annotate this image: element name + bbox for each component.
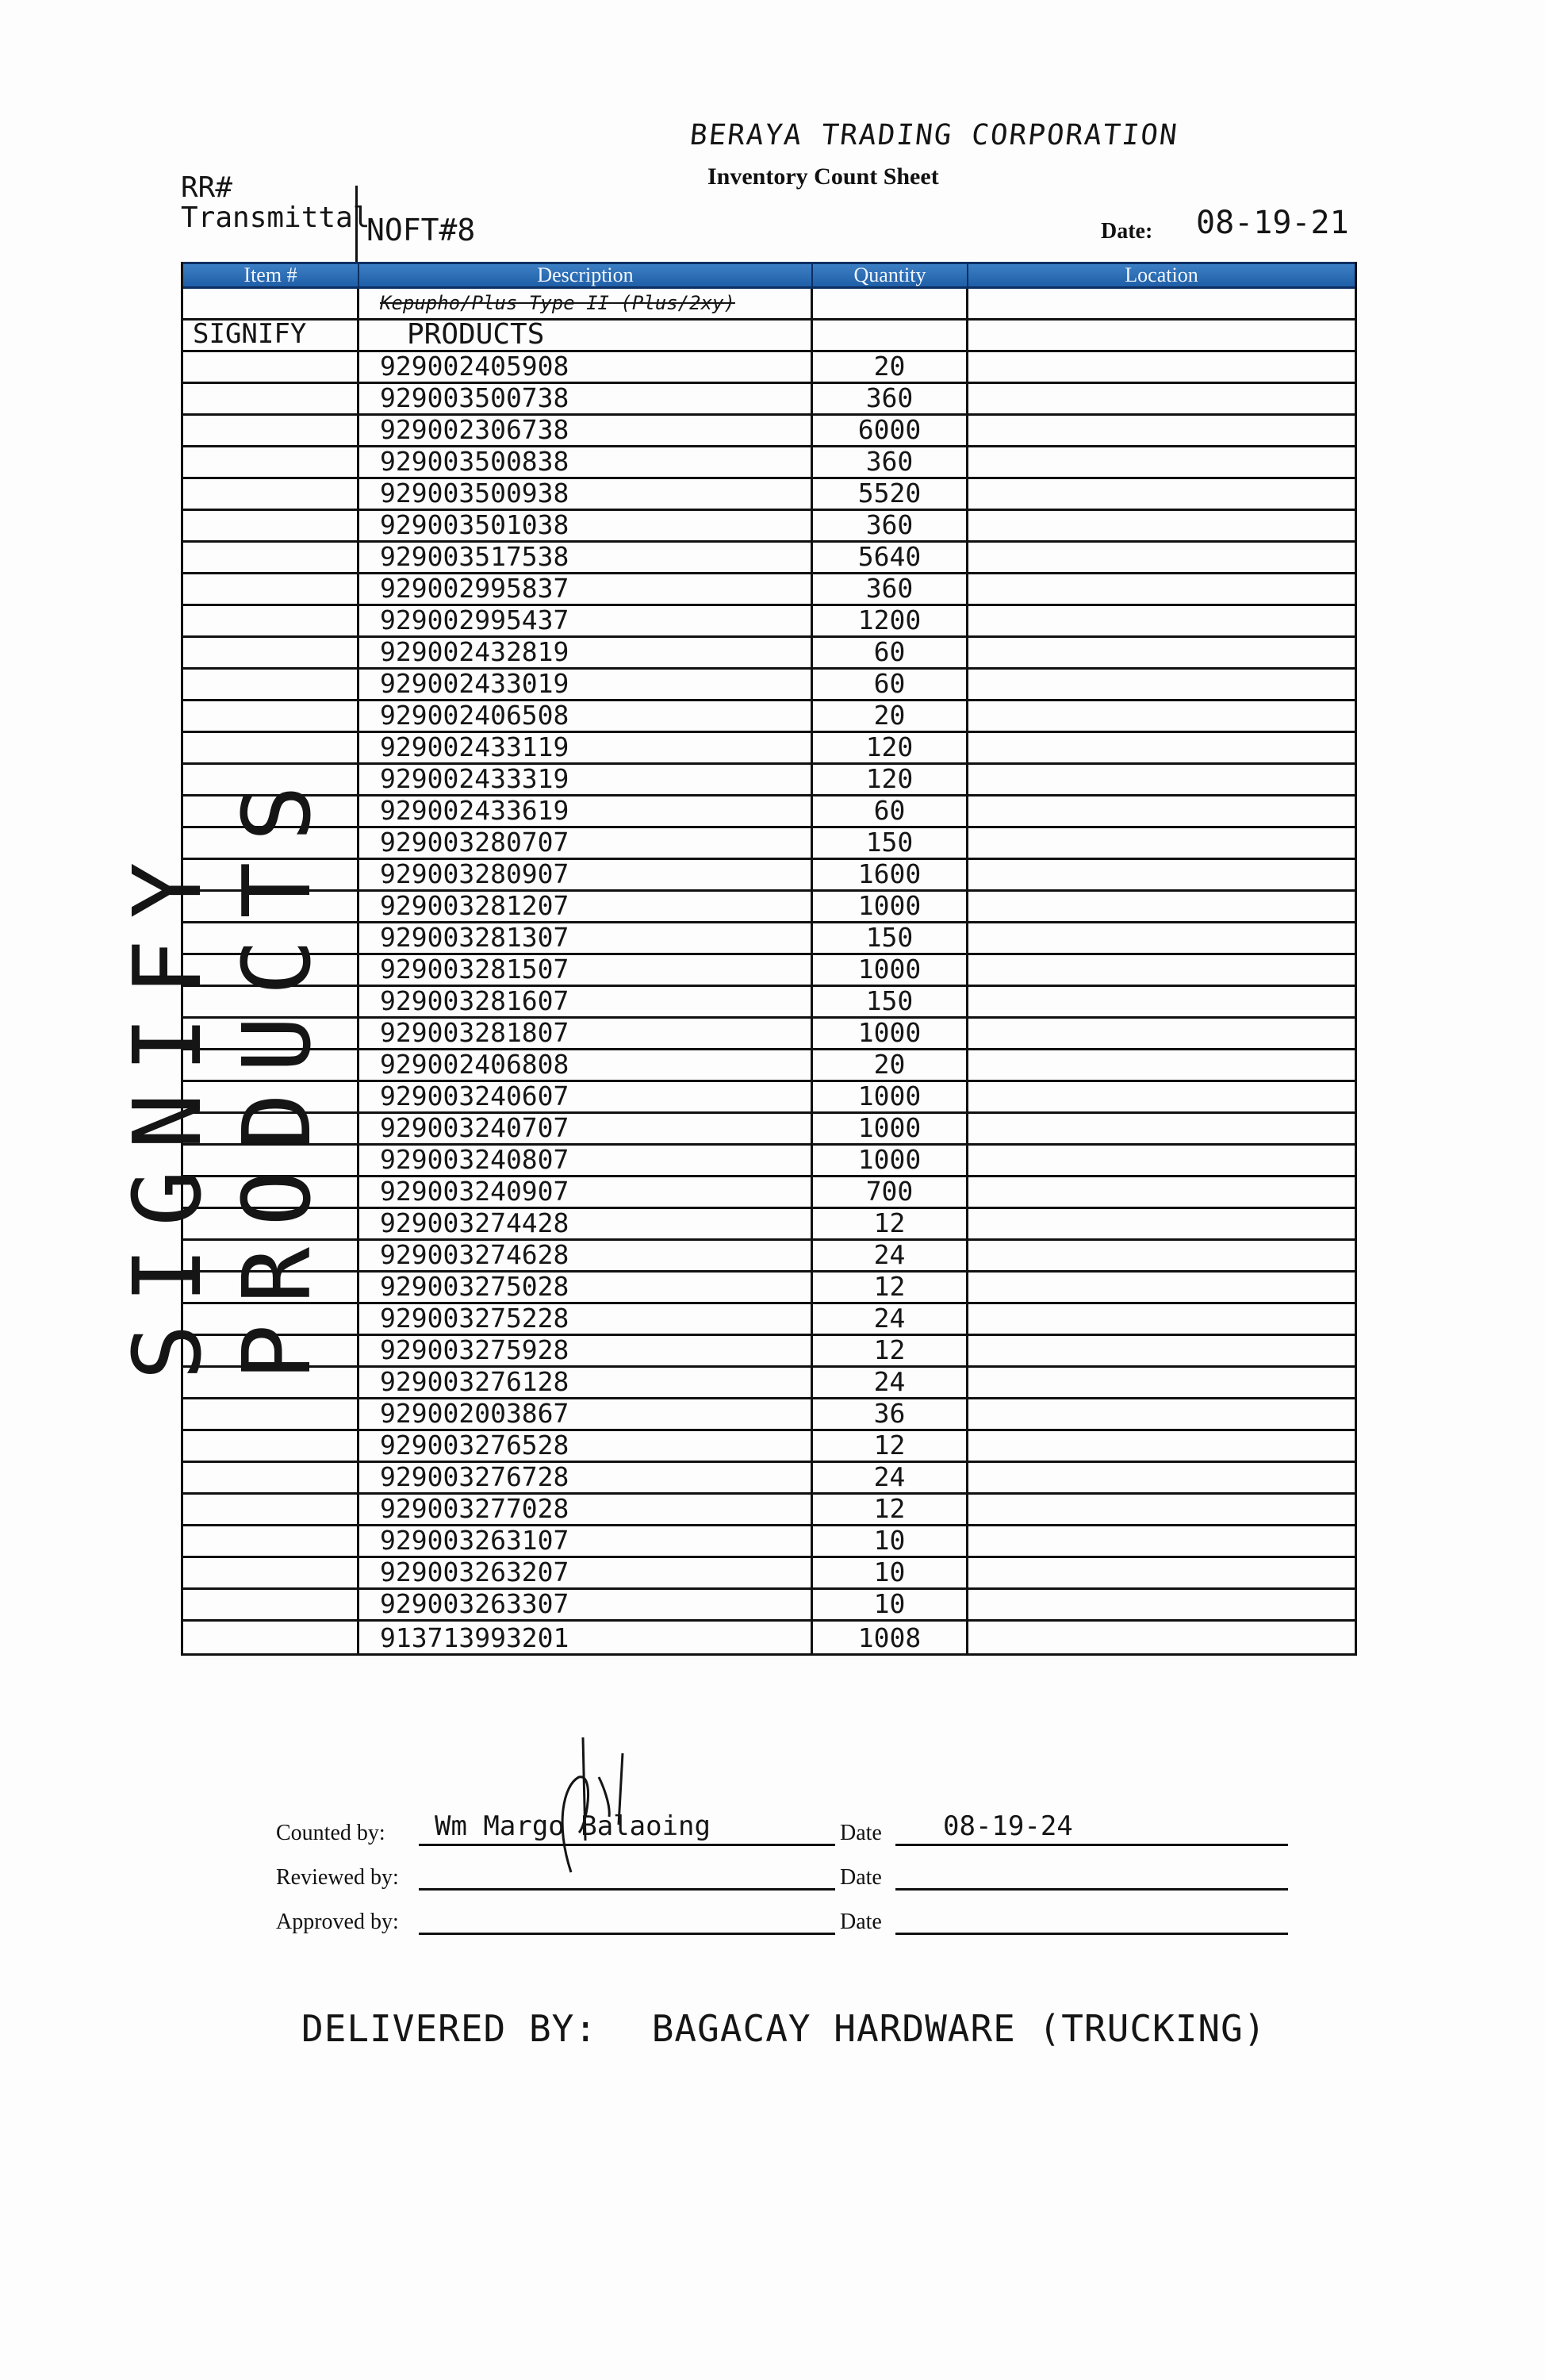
item-cell <box>183 1558 359 1587</box>
item-cell <box>183 416 359 445</box>
table-group-row: SIGNIFYPRODUCTS <box>183 321 1355 352</box>
description-cell: 929003263207 <box>359 1558 813 1587</box>
quantity-cell: 150 <box>813 987 968 1016</box>
quantity-cell: 1008 <box>813 1622 968 1653</box>
table-row: 92900327652812 <box>183 1431 1355 1463</box>
description-cell: 929002433319 <box>359 765 813 794</box>
location-cell <box>968 479 1355 509</box>
quantity-cell: 360 <box>813 384 968 413</box>
location-cell <box>968 321 1355 350</box>
quantity-cell: 60 <box>813 797 968 826</box>
quantity-cell: 1000 <box>813 1146 968 1175</box>
description-cell: PRODUCTS <box>359 321 813 350</box>
delivery-note: DELIVERED BY: BAGACAY HARDWARE (TRUCKING… <box>301 2007 1298 2050</box>
location-cell <box>968 797 1355 826</box>
item-cell <box>183 1463 359 1492</box>
description-cell: 929003500738 <box>359 384 813 413</box>
description-cell: 929003276128 <box>359 1368 813 1397</box>
reviewed-by-row: Reviewed by: Date <box>276 1861 1288 1891</box>
reviewed-date-field[interactable] <box>895 1861 1288 1891</box>
description-cell: 929002306738 <box>359 416 813 445</box>
table-row: 92900327462824 <box>183 1241 1355 1273</box>
table-row: 9137139932011008 <box>183 1622 1355 1653</box>
location-cell <box>968 1304 1355 1334</box>
location-cell <box>968 1336 1355 1365</box>
quantity-cell: 36 <box>813 1399 968 1429</box>
table-row: 929002995837360 <box>183 574 1355 606</box>
quantity-cell: 360 <box>813 574 968 604</box>
location-cell <box>968 860 1355 889</box>
description-cell: 929002433619 <box>359 797 813 826</box>
table-row: 92900327502812 <box>183 1273 1355 1304</box>
counted-by-value: Wm Margo Balaoing <box>435 1810 711 1842</box>
delivered-by-label: DELIVERED BY: <box>301 2007 597 2050</box>
reviewed-by-field[interactable] <box>419 1861 835 1891</box>
location-cell <box>968 670 1355 699</box>
description-cell: 929003281807 <box>359 1019 813 1048</box>
table-row: 92900327612824 <box>183 1368 1355 1399</box>
description-cell: 929003500938 <box>359 479 813 509</box>
quantity-cell: 10 <box>813 1526 968 1556</box>
table-row: 929003501038360 <box>183 511 1355 543</box>
table-body: Kepupho/Plus Type II (Plus/2xy)SIGNIFYPR… <box>183 289 1355 1653</box>
quantity-cell: 20 <box>813 701 968 731</box>
description-cell: 929003281207 <box>359 892 813 921</box>
sheet-title: Inventory Count Sheet <box>707 163 939 190</box>
quantity-cell: 12 <box>813 1431 968 1461</box>
location-cell <box>968 606 1355 635</box>
description-cell: 929002433019 <box>359 670 813 699</box>
location-cell <box>968 1019 1355 1048</box>
item-cell <box>183 352 359 382</box>
table-row: 9290032406071000 <box>183 1082 1355 1114</box>
table-row: 9290032815071000 <box>183 955 1355 987</box>
quantity-cell: 360 <box>813 511 968 540</box>
table-row: 92900327522824 <box>183 1304 1355 1336</box>
location-cell <box>968 1114 1355 1143</box>
description-cell: 929003263107 <box>359 1526 813 1556</box>
header-divider <box>355 186 358 262</box>
description-cell: 929003281307 <box>359 923 813 953</box>
quantity-cell: 1600 <box>813 860 968 889</box>
quantity-cell: 60 <box>813 670 968 699</box>
description-cell: 929003275028 <box>359 1273 813 1302</box>
table-row: 9290035009385520 <box>183 479 1355 511</box>
reviewed-by-label: Reviewed by: <box>276 1865 419 1891</box>
quantity-cell: 10 <box>813 1558 968 1587</box>
quantity-cell <box>813 321 968 350</box>
quantity-cell: 120 <box>813 765 968 794</box>
column-header-description: Description <box>359 264 813 286</box>
approved-date-label: Date <box>840 1910 895 1935</box>
signature-scribble <box>523 1729 642 1880</box>
location-cell <box>968 416 1355 445</box>
counted-by-row: Counted by: Wm Margo Balaoing Date 08-19… <box>276 1817 1288 1846</box>
location-cell <box>968 1273 1355 1302</box>
location-cell <box>968 1622 1355 1653</box>
location-cell <box>968 638 1355 667</box>
location-cell <box>968 1431 1355 1461</box>
location-cell <box>968 1050 1355 1080</box>
quantity-cell: 20 <box>813 1050 968 1080</box>
quantity-cell: 12 <box>813 1336 968 1365</box>
quantity-cell: 24 <box>813 1368 968 1397</box>
description-cell: 929003275928 <box>359 1336 813 1365</box>
quantity-cell: 1000 <box>813 892 968 921</box>
location-cell <box>968 289 1355 318</box>
table-group-row: Kepupho/Plus Type II (Plus/2xy) <box>183 289 1355 321</box>
approved-date-field[interactable] <box>895 1906 1288 1935</box>
description-cell: 929002433119 <box>359 733 813 762</box>
quantity-cell: 60 <box>813 638 968 667</box>
table-row: 9290032407071000 <box>183 1114 1355 1146</box>
description-cell: 929003275228 <box>359 1304 813 1334</box>
reviewed-date-label: Date <box>840 1865 895 1891</box>
quantity-cell <box>813 289 968 318</box>
location-cell <box>968 384 1355 413</box>
approved-by-label: Approved by: <box>276 1910 419 1935</box>
description-cell: Kepupho/Plus Type II (Plus/2xy) <box>359 289 813 318</box>
location-cell <box>968 1495 1355 1524</box>
item-cell <box>183 384 359 413</box>
location-cell <box>968 1146 1355 1175</box>
location-cell <box>968 447 1355 477</box>
column-header-quantity: Quantity <box>813 264 968 286</box>
item-cell <box>183 1495 359 1524</box>
location-cell <box>968 987 1355 1016</box>
table-row: 9290032809071600 <box>183 860 1355 892</box>
description-cell: 929003281607 <box>359 987 813 1016</box>
location-cell <box>968 1590 1355 1619</box>
table-row: 92900240650820 <box>183 701 1355 733</box>
table-row: 92900243301960 <box>183 670 1355 701</box>
location-cell <box>968 892 1355 921</box>
table-row: 9290035175385640 <box>183 543 1355 574</box>
location-cell <box>968 574 1355 604</box>
table-row: 929003281307150 <box>183 923 1355 955</box>
description-cell: 929003240707 <box>359 1114 813 1143</box>
table-row: 9290032818071000 <box>183 1019 1355 1050</box>
description-cell: 929003500838 <box>359 447 813 477</box>
counted-date-field[interactable]: 08-19-24 <box>895 1817 1288 1846</box>
quantity-cell: 360 <box>813 447 968 477</box>
counted-date-value: 08-19-24 <box>943 1810 1073 1842</box>
description-cell: 929002432819 <box>359 638 813 667</box>
item-cell <box>183 1622 359 1653</box>
description-cell: 929002406808 <box>359 1050 813 1080</box>
description-cell: 929002405908 <box>359 352 813 382</box>
description-cell: 929003517538 <box>359 543 813 572</box>
description-cell: 929003263307 <box>359 1590 813 1619</box>
approved-by-field[interactable] <box>419 1906 835 1935</box>
table-row: 929003240907700 <box>183 1177 1355 1209</box>
quantity-cell: 10 <box>813 1590 968 1619</box>
quantity-cell: 150 <box>813 828 968 858</box>
table-row: 929003281607150 <box>183 987 1355 1019</box>
description-cell: 929003276728 <box>359 1463 813 1492</box>
location-cell <box>968 1399 1355 1429</box>
table-row: 92900327702812 <box>183 1495 1355 1526</box>
location-cell <box>968 1463 1355 1492</box>
table-row: 929003500738360 <box>183 384 1355 416</box>
table-row: 92900240590820 <box>183 352 1355 384</box>
counted-by-field[interactable]: Wm Margo Balaoing <box>419 1817 835 1846</box>
item-cell: SIGNIFY <box>183 321 359 350</box>
inventory-table: Item # Description Quantity Location Kep… <box>181 262 1357 1656</box>
quantity-cell: 5640 <box>813 543 968 572</box>
location-cell <box>968 1368 1355 1397</box>
description-cell: 929003281507 <box>359 955 813 985</box>
table-row: 929002433119120 <box>183 733 1355 765</box>
location-cell <box>968 511 1355 540</box>
location-cell <box>968 1526 1355 1556</box>
location-cell <box>968 352 1355 382</box>
description-cell: 929002003867 <box>359 1399 813 1429</box>
table-row: 9290023067386000 <box>183 416 1355 447</box>
description-cell: 929002406508 <box>359 701 813 731</box>
location-cell <box>968 733 1355 762</box>
quantity-cell: 24 <box>813 1304 968 1334</box>
quantity-cell: 1200 <box>813 606 968 635</box>
description-cell: 929003274628 <box>359 1241 813 1270</box>
column-header-location: Location <box>968 264 1355 286</box>
item-cell <box>183 1431 359 1461</box>
reference-number: NOFT#8 <box>366 213 475 248</box>
date-label: Date: <box>1101 219 1152 244</box>
approved-by-row: Approved by: Date <box>276 1906 1288 1935</box>
item-cell <box>183 1590 359 1619</box>
item-cell <box>183 1399 359 1429</box>
description-cell: 929003240807 <box>359 1146 813 1175</box>
quantity-cell: 700 <box>813 1177 968 1207</box>
table-row: 92900326330710 <box>183 1590 1355 1622</box>
location-cell <box>968 765 1355 794</box>
location-cell <box>968 1241 1355 1270</box>
quantity-cell: 150 <box>813 923 968 953</box>
quantity-cell: 5520 <box>813 479 968 509</box>
table-row: 92900243361960 <box>183 797 1355 828</box>
quantity-cell: 24 <box>813 1241 968 1270</box>
table-row: 929002433319120 <box>183 765 1355 797</box>
table-row: 9290029954371200 <box>183 606 1355 638</box>
location-cell <box>968 1558 1355 1587</box>
table-row: 92900240680820 <box>183 1050 1355 1082</box>
quantity-cell: 12 <box>813 1273 968 1302</box>
location-cell <box>968 1177 1355 1207</box>
location-cell <box>968 1209 1355 1238</box>
description-cell: 929003240607 <box>359 1082 813 1111</box>
delivered-by-value: BAGACAY HARDWARE (TRUCKING) <box>652 2007 1267 2050</box>
table-row: 929003280707150 <box>183 828 1355 860</box>
table-row: 92900327672824 <box>183 1463 1355 1495</box>
location-cell <box>968 701 1355 731</box>
description-cell: 929003501038 <box>359 511 813 540</box>
column-header-item: Item # <box>183 264 359 286</box>
description-cell: 929003277028 <box>359 1495 813 1524</box>
quantity-cell: 24 <box>813 1463 968 1492</box>
description-cell: 929003274428 <box>359 1209 813 1238</box>
description-cell: 929003280707 <box>359 828 813 858</box>
description-cell: 929003280907 <box>359 860 813 889</box>
item-cell <box>183 1526 359 1556</box>
quantity-cell: 20 <box>813 352 968 382</box>
quantity-cell: 120 <box>813 733 968 762</box>
quantity-cell: 12 <box>813 1495 968 1524</box>
rr-transmittal-label: RR# Transmittal <box>181 173 347 233</box>
quantity-cell: 1000 <box>813 1019 968 1048</box>
company-name: BERAYA TRADING CORPORATION <box>688 119 1180 152</box>
quantity-cell: 1000 <box>813 1114 968 1143</box>
table-header: Item # Description Quantity Location <box>183 262 1355 289</box>
description-cell: 929002995437 <box>359 606 813 635</box>
date-value: 08-19-21 <box>1196 205 1349 241</box>
quantity-cell: 1000 <box>813 1082 968 1111</box>
table-row: 92900327442812 <box>183 1209 1355 1241</box>
description-cell: 929003276528 <box>359 1431 813 1461</box>
quantity-cell: 12 <box>813 1209 968 1238</box>
table-row: 929003500838360 <box>183 447 1355 479</box>
location-cell <box>968 828 1355 858</box>
location-cell <box>968 1082 1355 1111</box>
description-cell: 929003240907 <box>359 1177 813 1207</box>
table-row: 92900243281960 <box>183 638 1355 670</box>
table-row: 92900326320710 <box>183 1558 1355 1590</box>
description-cell: 929002995837 <box>359 574 813 604</box>
counted-by-label: Counted by: <box>276 1821 419 1846</box>
counted-date-label: Date <box>840 1821 895 1846</box>
table-row: 92900327592812 <box>183 1336 1355 1368</box>
table-row: 9290032812071000 <box>183 892 1355 923</box>
item-column-annotation: SIGNIFY PRODUCTS <box>167 460 278 1380</box>
quantity-cell: 1000 <box>813 955 968 985</box>
description-cell: 913713993201 <box>359 1622 813 1653</box>
table-row: 9290032408071000 <box>183 1146 1355 1177</box>
location-cell <box>968 543 1355 572</box>
location-cell <box>968 923 1355 953</box>
table-row: 92900200386736 <box>183 1399 1355 1431</box>
item-cell <box>183 289 359 318</box>
table-row: 92900326310710 <box>183 1526 1355 1558</box>
quantity-cell: 6000 <box>813 416 968 445</box>
location-cell <box>968 955 1355 985</box>
